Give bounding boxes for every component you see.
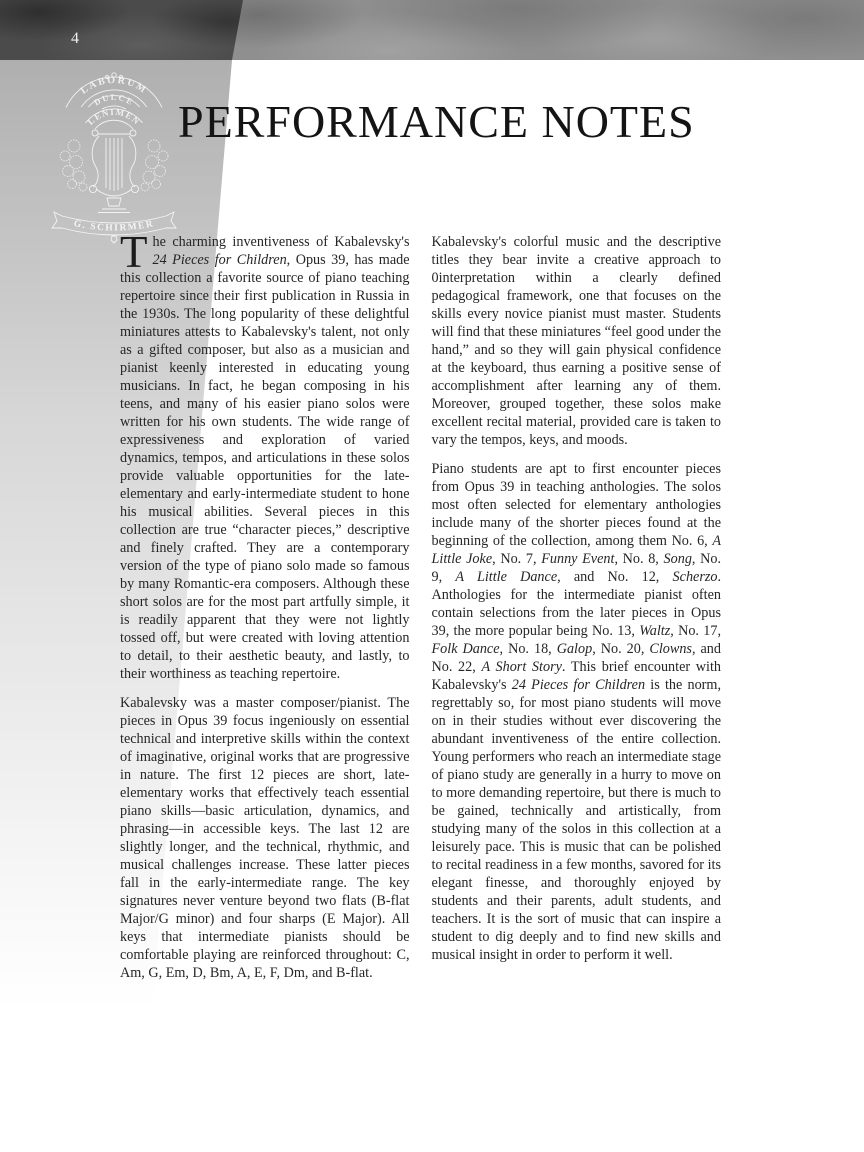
publisher-emblem-logo: LABORUM DULCE LENIMEN bbox=[46, 70, 186, 246]
drop-cap: T bbox=[120, 233, 153, 269]
motto-dulce: DULCE bbox=[92, 92, 136, 107]
laurel-foliage-right bbox=[141, 140, 168, 191]
lyre-icon bbox=[89, 130, 138, 213]
paragraph: Piano students are apt to first encounte… bbox=[432, 460, 722, 964]
header-smoke-band bbox=[0, 0, 864, 60]
content-columns: The charming inventiveness of Kabalevsky… bbox=[120, 233, 721, 993]
column-left: The charming inventiveness of Kabalevsky… bbox=[120, 233, 410, 993]
laurel-foliage-left bbox=[60, 140, 87, 191]
motto-lenimen: LENIMEN bbox=[86, 107, 143, 127]
paragraph: The charming inventiveness of Kabalevsky… bbox=[120, 233, 410, 683]
paragraph: Kabalevsky's colorful music and the desc… bbox=[432, 233, 722, 449]
header-smoke-band-dark-corner bbox=[0, 0, 260, 60]
page-title: PERFORMANCE NOTES bbox=[178, 99, 695, 145]
paragraph: Kabalevsky was a master composer/pianist… bbox=[120, 694, 410, 982]
page-number: 4 bbox=[71, 31, 79, 47]
book-page: 4 LABORUM DULCE bbox=[0, 0, 864, 1152]
column-right: Kabalevsky's colorful music and the desc… bbox=[432, 233, 722, 993]
